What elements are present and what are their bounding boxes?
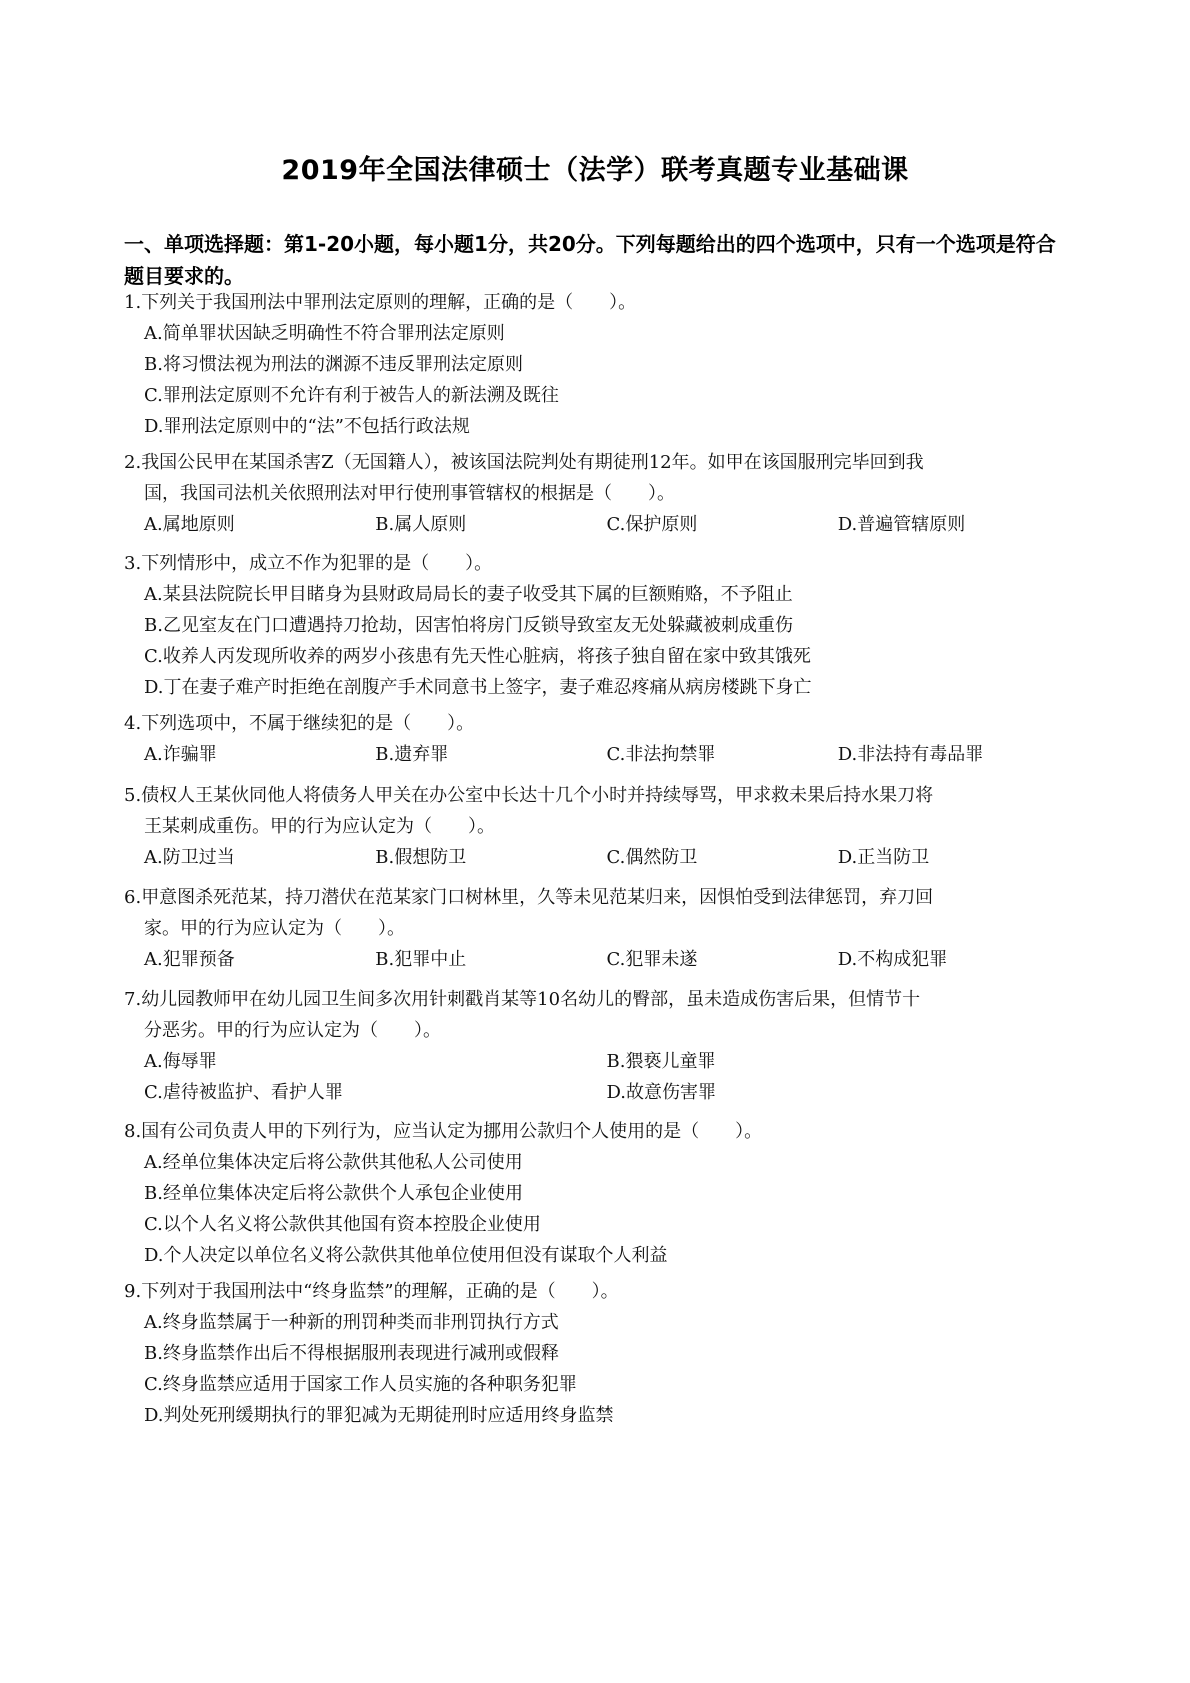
option-d: D.个人决定以单位名义将公款供其他单位使用但没有谋取个人利益 xyxy=(144,1240,1069,1271)
option-a: A.侮辱罪 xyxy=(144,1046,607,1077)
question-text: 债权人王某伙同他人将债务人甲关在办公室中长达十几个小时并持续辱骂，甲求救未果后持… xyxy=(141,785,933,806)
question-number: 4. xyxy=(124,713,141,734)
option-a: A.诈骗罪 xyxy=(144,739,375,770)
option-b: B.属人原则 xyxy=(375,509,606,540)
question-stem: 6.甲意图杀死范某，持刀潜伏在范某家门口树林里，久等未见范某归来，因惧怕受到法律… xyxy=(124,882,1069,944)
question-number: 3. xyxy=(124,553,141,574)
question-stem: 8.国有公司负责人甲的下列行为，应当认定为挪用公款归个人使用的是（ ）。 xyxy=(124,1116,1069,1147)
question-stem: 2.我国公民甲在某国杀害Z（无国籍人），被该国法院判处有期徒刑12年。如甲在该国… xyxy=(124,447,1069,509)
option-a: A.经单位集体决定后将公款供其他私人公司使用 xyxy=(144,1147,1069,1178)
question-number: 6. xyxy=(124,887,141,908)
option-d: D.丁在妻子难产时拒绝在剖腹产手术同意书上签字，妻子难忍疼痛从病房楼跳下身亡 xyxy=(144,672,1069,703)
question-text: 甲意图杀死范某，持刀潜伏在范某家门口树林里，久等未见范某归来，因惧怕受到法律惩罚… xyxy=(141,887,933,908)
option-d: D.罪刑法定原则中的“法”不包括行政法规 xyxy=(144,411,1069,442)
question-number: 8. xyxy=(124,1121,141,1142)
question-stem: 7.幼儿园教师甲在幼儿园卫生间多次用针刺戳肖某等10名幼儿的臀部，虽未造成伤害后… xyxy=(124,984,1069,1046)
question-stem: 4.下列选项中，不属于继续犯的是（ ）。 xyxy=(124,708,1069,739)
option-b: B.遗弃罪 xyxy=(375,739,606,770)
question-stem: 1.下列关于我国刑法中罪刑法定原则的理解，正确的是（ ）。 xyxy=(124,287,1069,318)
option-c: C.犯罪未遂 xyxy=(607,944,838,975)
option-d: D.正当防卫 xyxy=(838,842,1069,873)
option-c: C.保护原则 xyxy=(607,509,838,540)
option-a: A.防卫过当 xyxy=(144,842,375,873)
question-text: 幼儿园教师甲在幼儿园卫生间多次用针刺戳肖某等10名幼儿的臀部，虽未造成伤害后果，… xyxy=(141,989,920,1010)
option-d: D.故意伤害罪 xyxy=(607,1077,1070,1108)
question-text-cont: 国，我国司法机关依照刑法对甲行使刑事管辖权的根据是（ ）。 xyxy=(124,478,1069,509)
question-7: 7.幼儿园教师甲在幼儿园卫生间多次用针刺戳肖某等10名幼儿的臀部，虽未造成伤害后… xyxy=(124,984,1069,1108)
question-text: 下列情形中，成立不作为犯罪的是（ ）。 xyxy=(141,553,492,574)
option-c: C.以个人名义将公款供其他国有资本控股企业使用 xyxy=(144,1209,1069,1240)
option-b: B.假想防卫 xyxy=(375,842,606,873)
question-number: 1. xyxy=(124,292,141,313)
option-b: B.猥亵儿童罪 xyxy=(607,1046,1070,1077)
option-c: C.罪刑法定原则不允许有利于被告人的新法溯及既往 xyxy=(144,380,1069,411)
question-6: 6.甲意图杀死范某，持刀潜伏在范某家门口树林里，久等未见范某归来，因惧怕受到法律… xyxy=(124,882,1069,975)
option-b: B.将习惯法视为刑法的渊源不违反罪刑法定原则 xyxy=(144,349,1069,380)
question-text: 下列选项中，不属于继续犯的是（ ）。 xyxy=(141,713,474,734)
option-d: D.普遍管辖原则 xyxy=(838,509,1069,540)
option-a: A.属地原则 xyxy=(144,509,375,540)
question-stem: 3.下列情形中，成立不作为犯罪的是（ ）。 xyxy=(124,548,1069,579)
question-5: 5.债权人王某伙同他人将债务人甲关在办公室中长达十几个小时并持续辱骂，甲求救未果… xyxy=(124,780,1069,873)
option-d: D.非法持有毒品罪 xyxy=(838,739,1069,770)
question-number: 7. xyxy=(124,989,141,1010)
question-text: 下列关于我国刑法中罪刑法定原则的理解，正确的是（ ）。 xyxy=(141,292,636,313)
section-heading: 一、单项选择题：第1-20小题，每小题1分，共20分。下列每题给出的四个选项中，… xyxy=(124,228,1069,292)
option-b: B.经单位集体决定后将公款供个人承包企业使用 xyxy=(144,1178,1069,1209)
option-b: B.乙见室友在门口遭遇持刀抢劫，因害怕将房门反锁导致室友无处躲藏被刺成重伤 xyxy=(144,610,1069,641)
option-b: B.终身监禁作出后不得根据服刑表现进行减刑或假释 xyxy=(144,1338,1069,1369)
question-text-cont: 家。甲的行为应认定为（ ）。 xyxy=(124,913,1069,944)
question-text: 下列对于我国刑法中“终身监禁”的理解，正确的是（ ）。 xyxy=(141,1281,618,1302)
option-a: A.简单罪状因缺乏明确性不符合罪刑法定原则 xyxy=(144,318,1069,349)
question-8: 8.国有公司负责人甲的下列行为，应当认定为挪用公款归个人使用的是（ ）。 A.经… xyxy=(124,1116,1069,1271)
question-text: 国有公司负责人甲的下列行为，应当认定为挪用公款归个人使用的是（ ）。 xyxy=(141,1121,762,1142)
document-title: 2019年全国法律硕士（法学）联考真题专业基础课 xyxy=(0,148,1190,187)
option-a: A.某县法院院长甲目睹身为县财政局局长的妻子收受其下属的巨额贿赂，不予阻止 xyxy=(144,579,1069,610)
question-2: 2.我国公民甲在某国杀害Z（无国籍人），被该国法院判处有期徒刑12年。如甲在该国… xyxy=(124,447,1069,540)
option-d: D.不构成犯罪 xyxy=(838,944,1069,975)
question-text: 我国公民甲在某国杀害Z（无国籍人），被该国法院判处有期徒刑12年。如甲在该国服刑… xyxy=(141,452,923,473)
question-4: 4.下列选项中，不属于继续犯的是（ ）。 A.诈骗罪 B.遗弃罪 C.非法拘禁罪… xyxy=(124,708,1069,770)
question-stem: 9.下列对于我国刑法中“终身监禁”的理解，正确的是（ ）。 xyxy=(124,1276,1069,1307)
question-number: 9. xyxy=(124,1281,141,1302)
option-c: C.偶然防卫 xyxy=(607,842,838,873)
option-c: C.收养人丙发现所收养的两岁小孩患有先天性心脏病，将孩子独自留在家中致其饿死 xyxy=(144,641,1069,672)
question-9: 9.下列对于我国刑法中“终身监禁”的理解，正确的是（ ）。 A.终身监禁属于一种… xyxy=(124,1276,1069,1431)
option-a: A.终身监禁属于一种新的刑罚种类而非刑罚执行方式 xyxy=(144,1307,1069,1338)
option-d: D.判处死刑缓期执行的罪犯减为无期徒刑时应适用终身监禁 xyxy=(144,1400,1069,1431)
question-number: 2. xyxy=(124,452,141,473)
option-c: C.非法拘禁罪 xyxy=(607,739,838,770)
option-c: C.终身监禁应适用于国家工作人员实施的各种职务犯罪 xyxy=(144,1369,1069,1400)
question-1: 1.下列关于我国刑法中罪刑法定原则的理解，正确的是（ ）。 A.简单罪状因缺乏明… xyxy=(124,287,1069,442)
question-stem: 5.债权人王某伙同他人将债务人甲关在办公室中长达十几个小时并持续辱骂，甲求救未果… xyxy=(124,780,1069,842)
question-3: 3.下列情形中，成立不作为犯罪的是（ ）。 A.某县法院院长甲目睹身为县财政局局… xyxy=(124,548,1069,703)
question-text-cont: 王某刺成重伤。甲的行为应认定为（ ）。 xyxy=(124,811,1069,842)
option-b: B.犯罪中止 xyxy=(375,944,606,975)
question-text-cont: 分恶劣。甲的行为应认定为（ ）。 xyxy=(124,1015,1069,1046)
option-a: A.犯罪预备 xyxy=(144,944,375,975)
option-c: C.虐待被监护、看护人罪 xyxy=(144,1077,607,1108)
question-number: 5. xyxy=(124,785,141,806)
